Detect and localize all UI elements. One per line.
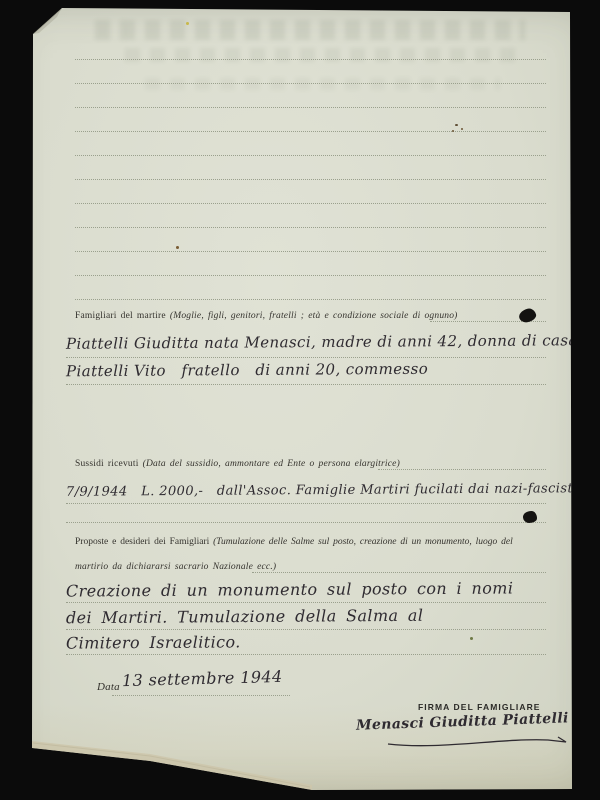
ruled-line bbox=[75, 131, 546, 132]
proposte-entry-1: Creazione di un monumento sul posto con … bbox=[66, 578, 513, 600]
dotted-line bbox=[66, 654, 546, 655]
ruled-line bbox=[75, 179, 546, 180]
bottom-fold-flap bbox=[0, 0, 600, 800]
crease-lines bbox=[0, 0, 600, 800]
dotted-line bbox=[112, 695, 290, 696]
ruled-line bbox=[75, 155, 546, 156]
ruled-line bbox=[75, 275, 546, 276]
dotted-line bbox=[252, 572, 546, 573]
famigliari-entry-1: Piattelli Giuditta nata Menasci, madre d… bbox=[66, 331, 578, 353]
showthrough-row bbox=[145, 78, 500, 90]
proposte-label-note1: (Tumulazione delle Salme sul posto, crea… bbox=[213, 537, 513, 547]
sussidi-label: Sussidi ricevuti (Data del sussidio, amm… bbox=[75, 459, 400, 469]
ruled-line bbox=[75, 83, 546, 84]
signature-flourish bbox=[388, 737, 566, 746]
signature-label: FIRMA DEL FAMIGLIARE bbox=[418, 702, 541, 712]
sussidi-entry: 7/9/1944 L. 2000,- dall'Assoc. Famiglie … bbox=[66, 481, 578, 500]
dotted-line bbox=[378, 469, 546, 470]
dotted-line bbox=[66, 503, 546, 504]
proposte-entry-2: dei Martiri. Tumulazione della Salma al bbox=[66, 606, 423, 627]
stain-speck bbox=[452, 130, 454, 132]
date-label: Data bbox=[97, 681, 120, 693]
ink-blot bbox=[523, 511, 537, 523]
signature-value: Menasci Giuditta Piattelli bbox=[356, 710, 569, 733]
famigliari-label-note: (Moglie, figli, genitori, fratelli ; età… bbox=[170, 311, 458, 321]
stain-speck bbox=[176, 246, 179, 249]
dotted-line bbox=[66, 384, 546, 385]
proposte-label-note2: martirio da dichiararsi sacrario Naziona… bbox=[75, 562, 276, 572]
sussidi-label-note: (Data del sussidio, ammontare ed Ente o … bbox=[143, 459, 400, 469]
dotted-line bbox=[66, 602, 546, 603]
famigliari-label-roman: Famigliari del martire bbox=[75, 311, 166, 321]
ruled-line bbox=[75, 251, 546, 252]
dotted-line bbox=[66, 357, 546, 358]
paper-sheet: Famigliari del martire (Moglie, figli, g… bbox=[0, 0, 600, 800]
famigliari-label: Famigliari del martire (Moglie, figli, g… bbox=[75, 311, 458, 321]
ruled-line bbox=[75, 227, 546, 228]
stain-speck bbox=[186, 22, 189, 25]
date-value: 13 settembre 1944 bbox=[122, 667, 283, 690]
sussidi-label-roman: Sussidi ricevuti bbox=[75, 459, 139, 469]
ruled-line bbox=[75, 59, 546, 60]
dotted-line bbox=[66, 522, 546, 523]
ruled-line bbox=[75, 107, 546, 108]
stain-speck bbox=[461, 128, 463, 130]
proposte-label: Proposte e desideri dei Famigliari (Tumu… bbox=[75, 537, 513, 547]
scanned-document: Famigliari del martire (Moglie, figli, g… bbox=[0, 0, 600, 800]
stain-speck bbox=[455, 124, 458, 126]
stain-speck bbox=[470, 637, 473, 640]
proposte-label-roman: Proposte e desideri dei Famigliari bbox=[75, 537, 209, 547]
dotted-line bbox=[66, 629, 546, 630]
proposte-entry-3: Cimitero Israelitico. bbox=[66, 632, 241, 652]
ruled-line bbox=[75, 299, 546, 300]
showthrough-row bbox=[95, 20, 525, 40]
famigliari-entry-2: Piattelli Vito fratello di anni 20, comm… bbox=[66, 360, 428, 381]
ruled-line bbox=[75, 203, 546, 204]
